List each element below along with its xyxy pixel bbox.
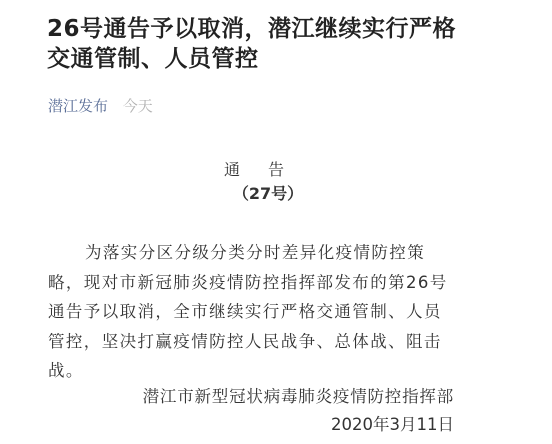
notice-heading-text: 通告	[224, 160, 312, 179]
article-title: 26号通告予以取消，潜江继续实行严格交通管制、人员管控	[47, 14, 467, 74]
signature-organization: 潜江市新型冠状病毒肺炎疫情防控指挥部	[143, 383, 454, 407]
article-meta: 潜江发布 今天	[48, 95, 153, 116]
notice-body: 为落实分区分级分类分时差异化疫情防控策略，现对市新冠肺炎疫情防控指挥部发布的第2…	[48, 238, 456, 386]
signature-date: 2020年3月11日	[331, 411, 454, 435]
notice-heading: 通告	[0, 157, 544, 180]
source-account-link[interactable]: 潜江发布	[48, 97, 108, 115]
notice-number: （27号）	[0, 181, 544, 204]
publish-time: 今天	[123, 97, 153, 115]
